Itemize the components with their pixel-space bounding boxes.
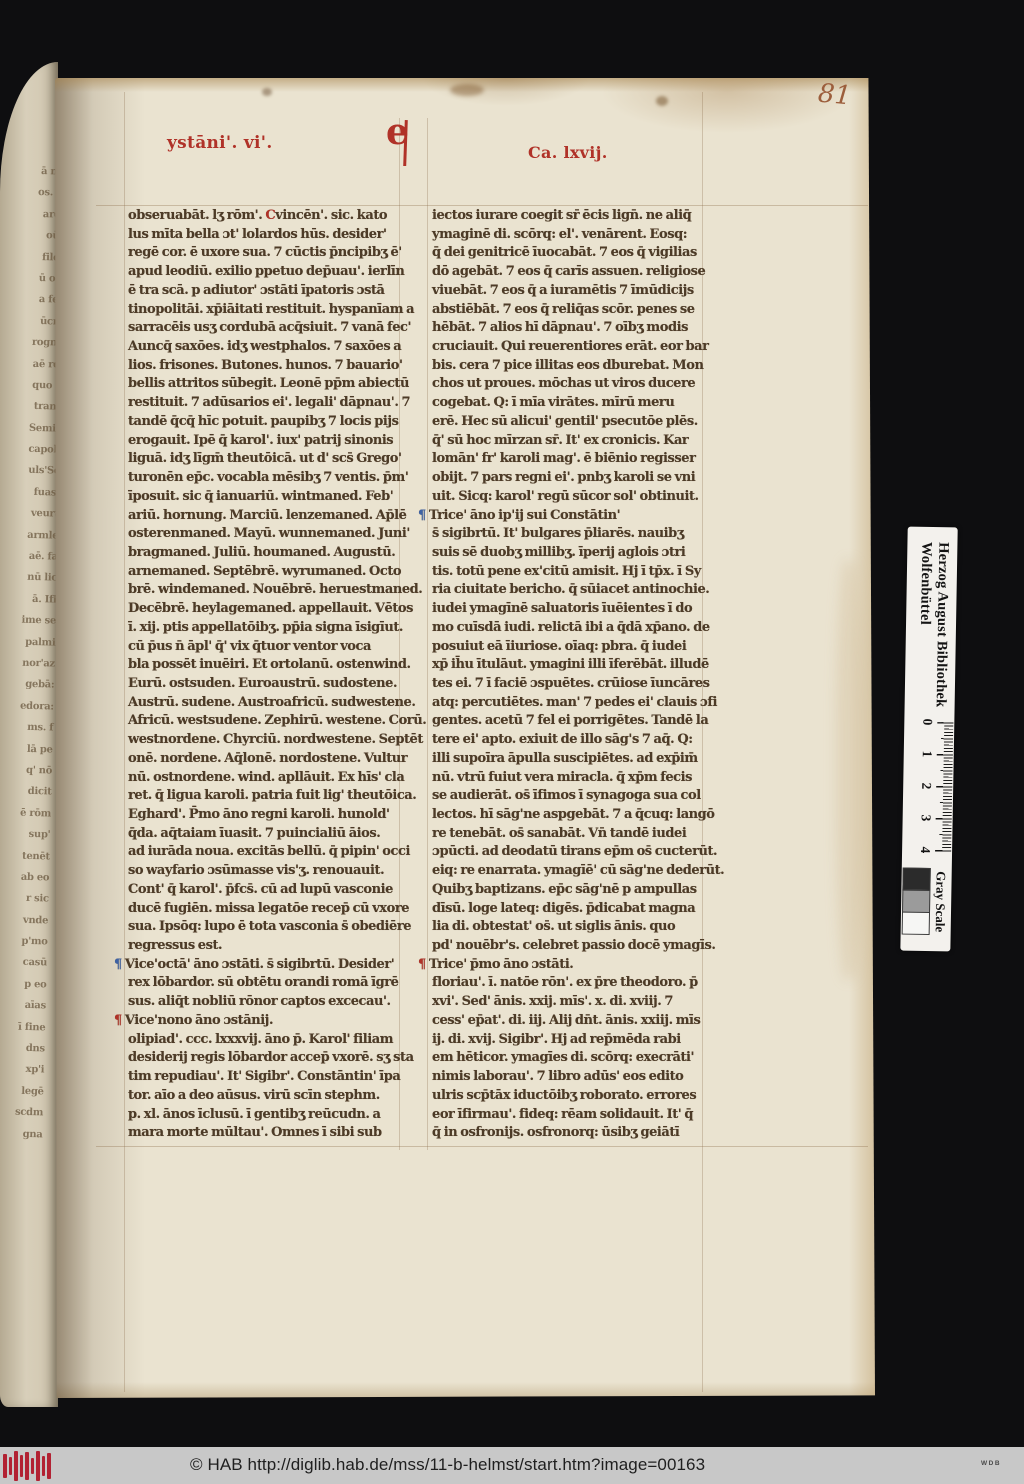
- ruling-line-vertical: [124, 92, 125, 1392]
- ruler-number: 0: [919, 717, 935, 727]
- manuscript-line: so wayfario ɔsūmasse vis'ʒ. renouauit.: [128, 863, 400, 882]
- edge-fragment: dicit: [9, 786, 52, 808]
- ruler-number: 4: [917, 845, 933, 855]
- manuscript-line: bla possēt inuēiri. Et ortolanū. ostenwi…: [128, 657, 400, 676]
- manuscript-line: illi supoīra āpulla suscipiētes. ad exp̄…: [432, 751, 704, 770]
- manuscript-line: onē. nordene. Aq̄lonē. nordostene. Vultu…: [128, 751, 400, 770]
- hab-logo-bar: [9, 1457, 13, 1475]
- rubric-mark: ¶: [114, 1013, 122, 1028]
- rubric-mark: ¶: [418, 508, 426, 523]
- manuscript-line: abstiēbāt. 7 eos q̄ reliq̄as scōr. penes…: [432, 302, 704, 321]
- hab-logo-bar: [20, 1455, 24, 1477]
- manuscript-line: bragmaned. Juliū. houmaned. Augustū.: [128, 545, 400, 564]
- hab-logo-bar: [25, 1452, 29, 1480]
- edge-fragment: ab eo: [7, 871, 50, 893]
- manuscript-line: obseruabāt. lʒ rōm'. Cvincēn'. sic. kato: [128, 208, 400, 227]
- manuscript-line: tandē q̄cq̄ hīc potuit. paupibʒ 7 locis …: [128, 414, 400, 433]
- manuscript-line: hēbāt. 7 alios hī dāpnau'. 7 oībʒ modis: [432, 320, 704, 339]
- manuscript-line: atq: percutiētes. man' 7 pedes ei' claui…: [432, 695, 704, 714]
- running-header-left: ystāni'. vi'.: [167, 133, 273, 153]
- manuscript-line: sua. Ipsōq: lupo ē tota vasconia s̄ obed…: [128, 919, 400, 938]
- manuscript-line: tis. totū pene ex'citū amisit. Hj ī tp̄x…: [432, 564, 704, 583]
- manuscript-line: dō agebāt. 7 eos q̄ carīs assuen. religi…: [432, 264, 704, 283]
- edge-fragment: dns: [2, 1042, 45, 1064]
- ruler-label: Herzog August Bibliothek Wolfenbüttel: [915, 542, 952, 708]
- hab-logo-bar: [31, 1458, 35, 1474]
- manuscript-line: Quibʒ baptizans. ep̄c sāg'nē p ampullas: [432, 882, 704, 901]
- manuscript-line: ulris scp̄tāx iductōibʒ roborato. errore…: [432, 1088, 704, 1107]
- manuscript-line: cess' ep̄at'. di. iij. Alij dn̄t. ānis. …: [432, 1013, 704, 1032]
- edge-fragment: palmi: [13, 636, 56, 658]
- hab-logo-bar: [3, 1454, 7, 1478]
- gray-scale-patches: [902, 868, 931, 934]
- manuscript-line: ¶Vice'octā' āno ɔstāti. s̄ sigibrtū. Des…: [128, 957, 400, 976]
- manuscript-line: lus mīta bella ɔt' lolardos hūs. desider…: [128, 227, 400, 246]
- edge-fragment: ā. Ifi: [14, 593, 57, 615]
- facing-page-edge: ā mūos. rearol'oū ifiloeū osta feaūcrero…: [0, 62, 58, 1407]
- hab-logo-bar: [47, 1453, 51, 1479]
- manuscript-line: bis. cera 7 pice illitas eos dburebat. M…: [432, 358, 704, 377]
- manuscript-line: ē tra scā. p adiutor' ɔstāti īpatoris ɔs…: [128, 283, 400, 302]
- manuscript-line: sus. aliq̄t nobliū rōnor captos excecau'…: [128, 994, 400, 1013]
- manuscript-line: floriau'. ī. natōe rōn'. ex p̄re theodor…: [432, 975, 704, 994]
- photo-background: ā mūos. rearol'oū ifiloeū osta feaūcrero…: [0, 0, 1024, 1484]
- manuscript-line: q̄' sū hoc mīrzan sr̄. It' ex cronicis. …: [432, 433, 704, 452]
- edge-fragment: p'mo: [5, 935, 48, 957]
- rubric-mark: ¶: [114, 957, 122, 972]
- manuscript-line: ria ciuitate bericho. q̄ sūiacet antinoc…: [432, 582, 704, 601]
- hab-logo-bar: [14, 1451, 18, 1481]
- manuscript-line: lia di. obtestat' os̄. ut siglis ānis. q…: [432, 919, 704, 938]
- manuscript-line: ad iurāda noua. excitās bellū. q̄ pipin'…: [128, 844, 400, 863]
- manuscript-line: Eghard'. P̄mo āno regni karoli. hunold': [128, 807, 400, 826]
- manuscript-line: ij. di. xvij. Sigibr'. Hj ad rep̄mēda ra…: [432, 1032, 704, 1051]
- manuscript-line: q̄ in osfronijs. osfronorq: ūsibʒ geiātī: [432, 1125, 704, 1144]
- manuscript-line: gentes. acetū 7 fel ei porrigētes. Tandē…: [432, 713, 704, 732]
- manuscript-line: erē. Hec sū alicui' gentil' psecutōe plē…: [432, 414, 704, 433]
- manuscript-line: ī. xij. ptis appellatōibʒ. pp̄ia signa ī…: [128, 620, 400, 639]
- manuscript-line: chos ut proues. mōchas ut viros ducere: [432, 376, 704, 395]
- text-column-right: iectos iurare coegit sr̄ ēcis lign̄. ne …: [432, 208, 704, 1144]
- manuscript-line: s̄ sigibrtū. It' bulgares p̄liarēs. naui…: [432, 526, 704, 545]
- manuscript-line: Africū. westsudene. Zephirū. westene. Co…: [128, 713, 400, 732]
- edge-fragment: ime se: [14, 615, 57, 637]
- manuscript-line: Eurū. ostsuden. Euroaustrū. sudostene.: [128, 676, 400, 695]
- hab-logo-bar: [42, 1456, 46, 1476]
- hab-logo-icon: [3, 1450, 57, 1481]
- edge-fragment: armle: [16, 529, 59, 551]
- ruler-strip: Herzog August Bibliothek Wolfenbüttel 01…: [900, 527, 957, 952]
- edge-fragment: q' nō: [10, 764, 53, 786]
- manuscript-line: xp̄ ih̄u ītulāut. ymagini illi īferēbāt.…: [432, 657, 704, 676]
- edge-fragment: gna: [0, 1128, 43, 1150]
- manuscript-line: tor. aīo a deo aūsus. virū scīn stephm.: [128, 1088, 400, 1107]
- manuscript-line: dīsū. loge lateq: digēs. p̄dicabat magna: [432, 901, 704, 920]
- edge-fragment: edora:: [11, 700, 54, 722]
- hab-logo-bar: [36, 1451, 40, 1481]
- manuscript-line: Auncq̄ saxōes. idʒ westphalos. 7 saxōes …: [128, 339, 400, 358]
- manuscript-line: mo cuīsdā iudi. relictā ibi a q̄dā xp̄an…: [432, 620, 704, 639]
- manuscript-line: posuiut eā īiuriose. oīaq: pbra. q̄ iude…: [432, 639, 704, 658]
- ruler-number: 1: [919, 749, 935, 759]
- manuscript-line: iectos iurare coegit sr̄ ēcis lign̄. ne …: [432, 208, 704, 227]
- manuscript-line: p. xl. ānos īclusū. ī gentibʒ reūcudn. a: [128, 1107, 400, 1126]
- manuscript-line: regē cor. ē uxore sua. 7 cūctis p̄ncipib…: [128, 245, 400, 264]
- gray-scale-patch: [902, 912, 930, 935]
- manuscript-line: regressus est.: [128, 938, 400, 957]
- caption-text: © HAB http://diglib.hab.de/mss/11-b-helm…: [190, 1455, 705, 1475]
- manuscript-line: westnordene. Chyrciū. nordwestene. Septē…: [128, 732, 400, 751]
- manuscript-line: eor īfirmau'. fideq: rēam solidauit. It'…: [432, 1107, 704, 1126]
- ruler-number: 2: [918, 781, 934, 791]
- manuscript-line: brē. windemaned. Nouēbrē. heruestmaned.: [128, 582, 400, 601]
- manuscript-line: q̄ dei genitricē īuocabāt. 7 eos q̄ vigi…: [432, 245, 704, 264]
- manuscript-line: ¶Trice' p̄mo āno ɔstāti.: [432, 957, 704, 976]
- manuscript-line: q̄da. aq̄taiam īuasit. 7 puincialiū āios…: [128, 826, 400, 845]
- folio-number: 81: [817, 79, 853, 112]
- edge-fragment: scdm: [1, 1106, 44, 1128]
- manuscript-line: ¶Vice'nono āno ɔstānij.: [128, 1013, 400, 1032]
- manuscript-line: arnemaned. Septēbrē. wyrumaned. Octo: [128, 564, 400, 583]
- manuscript-line: re tenebāt. os̄ sanabāt. Vn̄ tandē iudei: [432, 826, 704, 845]
- edge-fragment: nū lic: [15, 572, 58, 594]
- manuscript-line: nū. vtrū fuiut vera miracla. q̄ xp̄m fec…: [432, 770, 704, 789]
- manuscript-line: osterenmaned. Mayū. wunnemaned. Juni': [128, 526, 400, 545]
- manuscript-line: mara morte mūltau'. Omnes ī sibi sub: [128, 1125, 400, 1144]
- ruler-ticks-cm: [935, 722, 953, 853]
- manuscript-line: uit. Sicq: karol' regū sūcor sol' obtinu…: [432, 489, 704, 508]
- edge-fragment: aīas: [3, 1000, 46, 1022]
- rubric-mark: ¶: [418, 957, 426, 972]
- manuscript-line: apud leodiū. exilio ppetuo dep̄uau'. ier…: [128, 264, 400, 283]
- edge-fragment: ms. f: [11, 722, 54, 744]
- edge-fragment: aē. fa: [15, 551, 58, 573]
- gray-scale-patch: [902, 868, 930, 891]
- manuscript-line: nū. ostnordene. wind. apllāuit. Ex hīs' …: [128, 770, 400, 789]
- edge-fragment: veurt: [16, 508, 59, 530]
- manuscript-line: desiderij regis lōbardor accep̄ vxorē. s…: [128, 1050, 400, 1069]
- manuscript-line: ducē fugiēn. missa legatōe recep̄ cū vxo…: [128, 901, 400, 920]
- ruling-line-horizontal: [96, 205, 868, 206]
- edge-fragment: ī fine: [3, 1021, 46, 1043]
- ruling-line-horizontal: [96, 1146, 868, 1147]
- edge-fragment: gebā:: [12, 679, 55, 701]
- edge-fragment: lā pe: [10, 743, 53, 765]
- edge-fragment: tenēt: [7, 850, 50, 872]
- manuscript-line: cogebat. Q: ī mīa virātes. mīrū meru: [432, 395, 704, 414]
- edge-fragment: sup': [8, 829, 51, 851]
- manuscript-line: ¶Trice' āno ip'ij sui Constātin': [432, 508, 704, 527]
- manuscript-line: ariū. hornung. Marciū. lenzemaned. Ap̄lē: [128, 508, 400, 527]
- caption-bar: © HAB http://diglib.hab.de/mss/11-b-helm…: [0, 1447, 1024, 1484]
- edge-fragment: capoll: [18, 444, 61, 466]
- rubric-mark: C: [265, 208, 275, 223]
- ruler-number: 3: [918, 813, 934, 823]
- edge-fragment: trans: [19, 401, 62, 423]
- manuscript-line: pd' nouēbr's. celebret passio docē ymagī…: [432, 938, 704, 957]
- manuscript-line: rex lōbardor. sū obtētu orandi romā īgrē: [128, 975, 400, 994]
- manuscript-line: tim repudiau'. It' Sigibr'. Constāntin' …: [128, 1069, 400, 1088]
- ruling-line-vertical: [427, 118, 428, 1150]
- manuscript-line: lios. frisones. Butones. hunos. 7 bauari…: [128, 358, 400, 377]
- edge-fragment: uls'Se: [17, 465, 60, 487]
- manuscript-line: ɔpūcti. ad deodatū tirans ep̄m os̄ cucte…: [432, 844, 704, 863]
- manuscript-line: eiq: re enarrata. ymagīē' cū sāg'ne dede…: [432, 863, 704, 882]
- manuscript-line: se audierāt. os̄ īfimos ī synagoga sua c…: [432, 788, 704, 807]
- manuscript-line: olipiad'. ccc. lxxxvij. āno p̄. Karol' f…: [128, 1032, 400, 1051]
- manuscript-line: restituit. 7 adūsarios ei'. legali' dāpn…: [128, 395, 400, 414]
- manuscript-line: lomān' fr' karoli mag'. ē biēnio regisse…: [432, 451, 704, 470]
- manuscript-line: viuebāt. 7 eos q̄ a iuramētis 7 īmūdicij…: [432, 283, 704, 302]
- manuscript-line: Austrū. sudene. Austroafricū. sudwestene…: [128, 695, 400, 714]
- manuscript-line: obijt. 7 pars regni ei'. pnbʒ karoli se …: [432, 470, 704, 489]
- manuscript-line: nimis laborau'. 7 libro adūs' eos edito: [432, 1069, 704, 1088]
- manuscript-line: turonēn ep̄c. vocabla mēsibʒ 7 ventis. p…: [128, 470, 400, 489]
- manuscript-line: sarracēis usʒ cordubā acq̄siuit. 7 vanā …: [128, 320, 400, 339]
- manuscript-line: Decēbrē. heylagemaned. appellauit. Vētos: [128, 601, 400, 620]
- manuscript-line: bellis attritos sūbegit. Leonē pp̄m abie…: [128, 376, 400, 395]
- ruler-label-line1: Herzog August Bibliothek: [932, 542, 952, 707]
- manuscript-line: erogauit. Ipē q̄ karol'. iux' patrij sin…: [128, 433, 400, 452]
- text-column-left: obseruabāt. lʒ rōm'. Cvincēn'. sic. kato…: [128, 208, 400, 1144]
- edge-fragment: xp'i: [2, 1064, 45, 1086]
- manuscript-line: cruciauit. Qui reuerentiores erāt. eor b…: [432, 339, 704, 358]
- manuscript-line: tere ei' apto. exiuit de illo sāg's 7 aq…: [432, 732, 704, 751]
- manuscript-line: lectos. hī sāg'ne aspgebāt. 7 a q̄cuq: l…: [432, 807, 704, 826]
- edge-fragment: fuas.: [17, 486, 60, 508]
- manuscript-line: ret. q̄ ligua karoli. patria fuit lig' t…: [128, 788, 400, 807]
- manuscript-line: cū p̄us n̄ āpl' q̄' vix q̄tuor ventor vo…: [128, 639, 400, 658]
- manuscript-line: Cont' q̄ karol'. p̄fcs̄. cū ad lupū vasc…: [128, 882, 400, 901]
- edge-fragment: nor'az: [12, 657, 55, 679]
- edge-fragment: casū: [5, 957, 48, 979]
- gray-scale-label: Gray Scale: [932, 871, 949, 932]
- wdb-watermark: WDB: [981, 1460, 1001, 1467]
- manuscript-line: xvi'. Sed' ānis. xxij. mīs'. x. di. xvii…: [432, 994, 704, 1013]
- manuscript-line: ymaginē di. scōrq: el'. venārent. Eosq:: [432, 227, 704, 246]
- running-header-right: Ca. lxvij.: [528, 143, 608, 162]
- manuscript-line: tinopolitāi. xp̄iāitati restituit. hyspa…: [128, 302, 400, 321]
- manuscript-line: tes ei. 7 ī faciē ɔspuētes. crūiose īunc…: [432, 676, 704, 695]
- edge-fragment: vnde: [6, 914, 49, 936]
- manuscript-line: iudei ymagīnē saluatoris īuēientes ī do: [432, 601, 704, 620]
- manuscript-line: liguā. idʒ līgm̄ theutōicā. ut d' scs̄ G…: [128, 451, 400, 470]
- edge-fragment: ē rōm: [9, 807, 52, 829]
- manuscript-line: suis sē duobʒ millibʒ. īperij aglois ɔtr…: [432, 545, 704, 564]
- grayscale-ruler: Herzog August Bibliothek Wolfenbüttel 01…: [898, 527, 959, 956]
- edge-fragment: Semis: [19, 422, 62, 444]
- edge-fragment: r sic: [6, 893, 49, 915]
- edge-fragment: legē: [1, 1085, 44, 1107]
- gray-scale-patch: [902, 890, 930, 913]
- manuscript-line: īposuit. sic q̄ ianuariū. wintmaned. Feb…: [128, 489, 400, 508]
- manuscript-line: em hēticor. ymagīes di. scōrq: execrāti': [432, 1050, 704, 1069]
- edge-fragment: p eo: [4, 978, 47, 1000]
